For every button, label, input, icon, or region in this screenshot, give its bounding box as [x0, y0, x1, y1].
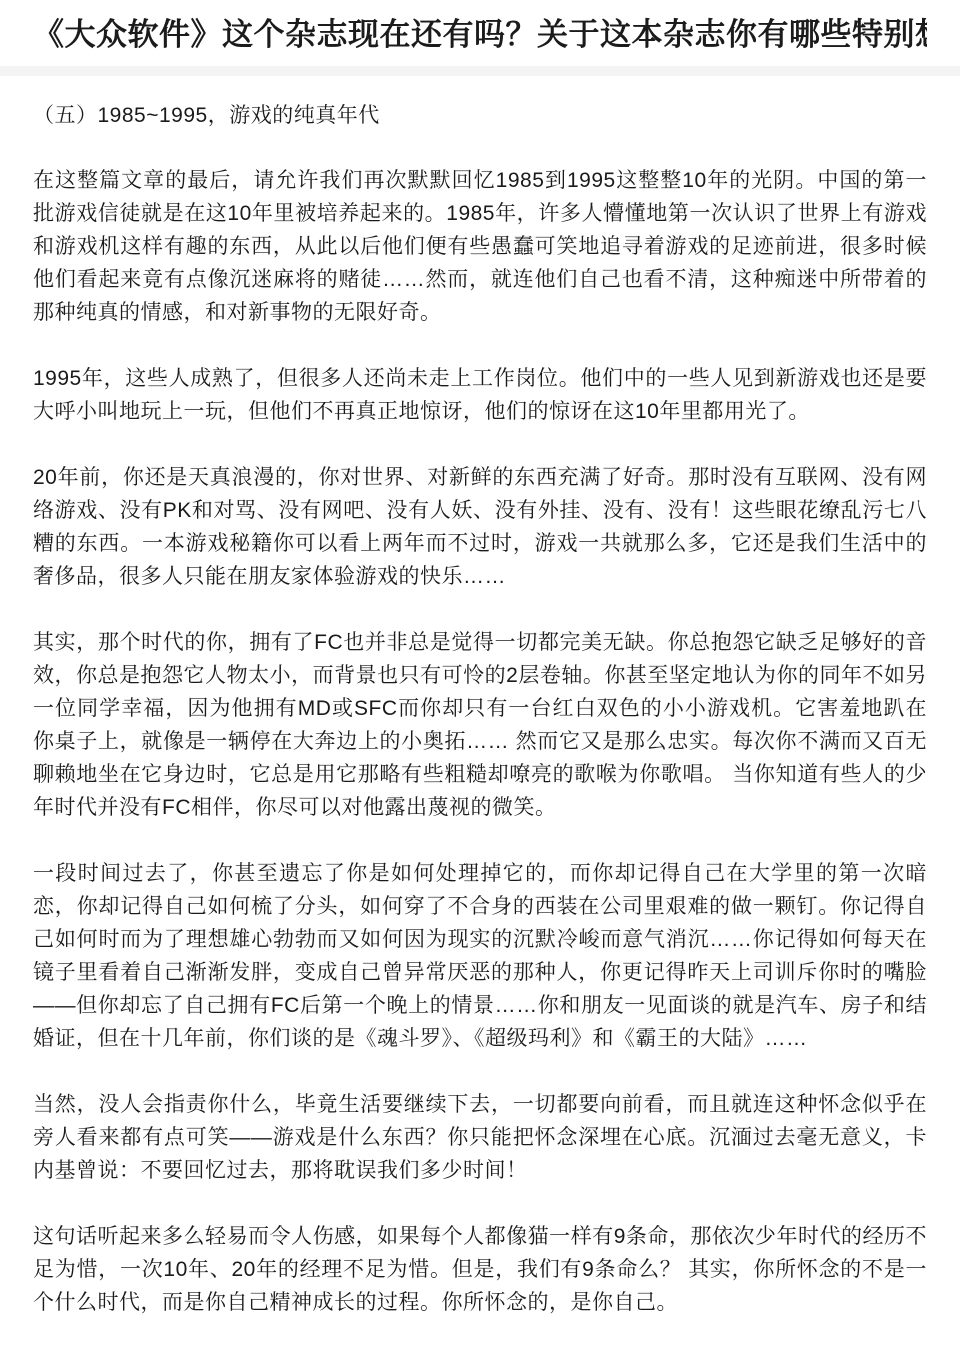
body-paragraph: 1995年，这些人成熟了，但很多人还尚未走上工作岗位。他们中的一些人见到新游戏也… [33, 362, 927, 428]
body-paragraph: 20年前，你还是天真浪漫的，你对世界、对新鲜的东西充满了好奇。那时没有互联网、没… [33, 461, 927, 593]
section-divider [0, 66, 960, 76]
article-page: 《大众软件》这个杂志现在还有吗？关于这本杂志你有哪些特别想... （五）1985… [0, 0, 960, 1359]
question-title[interactable]: 《大众软件》这个杂志现在还有吗？关于这本杂志你有哪些特别想... [33, 6, 927, 66]
body-paragraph: 一段时间过去了，你甚至遗忘了你是如何处理掉它的，而你却记得自己在大学里的第一次暗… [33, 857, 927, 1055]
body-paragraph: 这句话听起来多么轻易而令人伤感，如果每个人都像猫一样有9条命，那依次少年时代的经… [33, 1220, 927, 1319]
question-title-bar: 《大众软件》这个杂志现在还有吗？关于这本杂志你有哪些特别想... [0, 0, 960, 66]
body-paragraph: 在这整篇文章的最后，请允许我们再次默默回忆1985到1995这整整10年的光阴。… [33, 164, 927, 329]
article-body: （五）1985~1995，游戏的纯真年代 在这整篇文章的最后，请允许我们再次默默… [0, 100, 960, 1359]
body-paragraph: 其实，那个时代的你，拥有了FC也并非总是觉得一切都完美无缺。你总抱怨它缺乏足够好… [33, 626, 927, 824]
body-paragraph: 当然，没人会指责你什么，毕竟生活要继续下去，一切都要向前看，而且就连这种怀念似乎… [33, 1088, 927, 1187]
section-heading: （五）1985~1995，游戏的纯真年代 [33, 100, 927, 131]
